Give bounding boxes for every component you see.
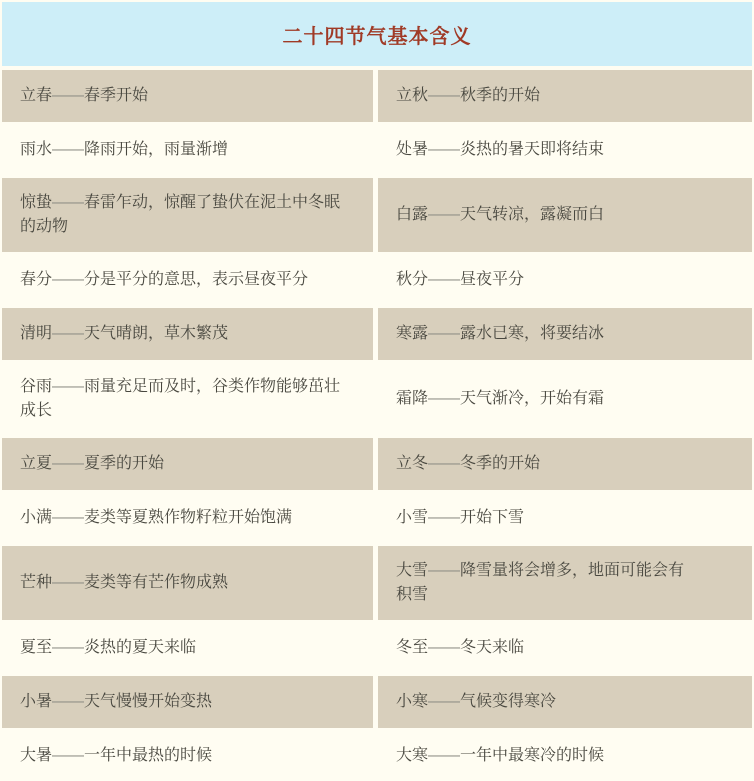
dash-separator: —— (52, 378, 84, 395)
term-cell-dahan: 大寒——一年中最寒冷的时候 (378, 730, 752, 781)
term-cell-bailu: 白露——天气转凉，露凝而白 (378, 178, 752, 252)
dash-separator: —— (428, 87, 460, 104)
term-cell-dashu: 大暑——一年中最热的时候 (2, 730, 373, 781)
term-name: 立冬 (396, 455, 428, 472)
term-cell-xiaoshu: 小暑——天气慢慢开始变热 (2, 676, 373, 728)
dash-separator: —— (52, 509, 84, 526)
dash-separator: —— (428, 639, 460, 656)
term-name: 夏至 (20, 639, 52, 656)
dash-separator: —— (52, 194, 84, 211)
term-name: 惊蛰 (20, 194, 52, 211)
term-text: 立春——春季开始 (20, 84, 148, 108)
term-meaning: 降雨开始，雨量渐增 (84, 141, 228, 158)
term-cell-hanlu: 寒露——露水已寒，将要结冰 (378, 308, 752, 360)
term-name: 大寒 (396, 747, 428, 764)
term-text: 冬至——冬天来临 (396, 636, 524, 660)
term-text: 清明——天气晴朗，草木繁茂 (20, 322, 228, 346)
term-meaning: 气候变得寒冷 (460, 693, 556, 710)
term-meaning: 一年中最热的时候 (84, 747, 212, 764)
term-text: 夏至——炎热的夏天来临 (20, 636, 196, 660)
term-name: 立秋 (396, 87, 428, 104)
term-text: 谷雨——雨量充足而及时，谷类作物能够茁壮成长 (20, 375, 350, 423)
dash-separator: —— (428, 206, 460, 223)
term-name: 霜降 (396, 390, 428, 407)
table-title-bar: 二十四节气基本含义 (2, 2, 752, 66)
dash-separator: —— (428, 141, 460, 158)
term-meaning: 冬天来临 (460, 639, 524, 656)
term-name: 清明 (20, 325, 52, 342)
term-name: 大暑 (20, 747, 52, 764)
term-meaning: 天气慢慢开始变热 (84, 693, 212, 710)
term-name: 大雪 (396, 562, 428, 579)
term-meaning: 天气转凉，露凝而白 (460, 206, 604, 223)
term-name: 立春 (20, 87, 52, 104)
term-cell-lixia: 立夏——夏季的开始 (2, 438, 373, 490)
term-text: 小寒——气候变得寒冷 (396, 690, 556, 714)
term-cell-qiufen: 秋分——昼夜平分 (378, 254, 752, 306)
dash-separator: —— (428, 747, 460, 764)
term-cell-dongzhi: 冬至——冬天来临 (378, 622, 752, 674)
dash-separator: —— (428, 271, 460, 288)
solar-terms-page: 二十四节气基本含义 立春——春季开始 立秋——秋季的开始 雨水——降雨开始，雨量… (0, 0, 754, 781)
term-meaning: 一年中最寒冷的时候 (460, 747, 604, 764)
dash-separator: —— (52, 455, 84, 472)
dash-separator: —— (428, 509, 460, 526)
term-cell-xiaoxue: 小雪——开始下雪 (378, 492, 752, 544)
term-meaning: 昼夜平分 (460, 271, 524, 288)
dash-separator: —— (52, 87, 84, 104)
term-cell-jingzhe: 惊蛰——春雷乍动，惊醒了蛰伏在泥土中冬眠的动物 (2, 178, 373, 252)
dash-separator: —— (52, 574, 84, 591)
term-cell-xiazhi: 夏至——炎热的夏天来临 (2, 622, 373, 674)
term-name: 寒露 (396, 325, 428, 342)
dash-separator: —— (428, 562, 460, 579)
term-text: 立夏——夏季的开始 (20, 452, 164, 476)
term-meaning: 分是平分的意思，表示昼夜平分 (84, 271, 308, 288)
term-text: 处暑——炎热的暑天即将结束 (396, 138, 604, 162)
term-meaning: 冬季的开始 (460, 455, 540, 472)
term-text: 小雪——开始下雪 (396, 506, 524, 530)
term-name: 白露 (396, 206, 428, 223)
term-meaning: 麦类等有芒作物成熟 (84, 574, 228, 591)
term-cell-mangzhong: 芒种——麦类等有芒作物成熟 (2, 546, 373, 620)
term-meaning: 春季开始 (84, 87, 148, 104)
term-name: 冬至 (396, 639, 428, 656)
dash-separator: —— (52, 747, 84, 764)
term-text: 惊蛰——春雷乍动，惊醒了蛰伏在泥土中冬眠的动物 (20, 191, 350, 239)
term-meaning: 开始下雪 (460, 509, 524, 526)
term-name: 芒种 (20, 574, 52, 591)
term-meaning: 天气渐冷，开始有霜 (460, 390, 604, 407)
dash-separator: —— (52, 271, 84, 288)
term-cell-qingming: 清明——天气晴朗，草木繁茂 (2, 308, 373, 360)
term-cell-guyu: 谷雨——雨量充足而及时，谷类作物能够茁壮成长 (2, 362, 373, 436)
dash-separator: —— (428, 693, 460, 710)
term-name: 春分 (20, 271, 52, 288)
term-name: 小雪 (396, 509, 428, 526)
term-text: 白露——天气转凉，露凝而白 (396, 203, 604, 227)
term-name: 谷雨 (20, 378, 52, 395)
dash-separator: —— (52, 141, 84, 158)
term-cell-lichun: 立春——春季开始 (2, 70, 373, 122)
term-text: 大寒——一年中最寒冷的时候 (396, 744, 604, 768)
term-cell-xiaohan: 小寒——气候变得寒冷 (378, 676, 752, 728)
term-name: 秋分 (396, 271, 428, 288)
term-name: 处暑 (396, 141, 428, 158)
term-cell-daxue: 大雪——降雪量将会增多，地面可能会有积雪 (378, 546, 752, 620)
solar-terms-table: 立春——春季开始 立秋——秋季的开始 雨水——降雨开始，雨量渐增 处暑——炎热的… (2, 70, 752, 781)
term-meaning: 秋季的开始 (460, 87, 540, 104)
term-name: 小暑 (20, 693, 52, 710)
term-text: 秋分——昼夜平分 (396, 268, 524, 292)
dash-separator: —— (52, 325, 84, 342)
term-text: 春分——分是平分的意思，表示昼夜平分 (20, 268, 308, 292)
term-meaning: 夏季的开始 (84, 455, 164, 472)
term-name: 小寒 (396, 693, 428, 710)
term-text: 大雪——降雪量将会增多，地面可能会有积雪 (396, 559, 699, 607)
term-name: 小满 (20, 509, 52, 526)
term-name: 雨水 (20, 141, 52, 158)
dash-separator: —— (52, 693, 84, 710)
dash-separator: —— (52, 639, 84, 656)
term-meaning: 炎热的夏天来临 (84, 639, 196, 656)
term-text: 立秋——秋季的开始 (396, 84, 540, 108)
term-cell-yushui: 雨水——降雨开始，雨量渐增 (2, 124, 373, 176)
term-text: 芒种——麦类等有芒作物成熟 (20, 571, 228, 595)
term-cell-xiaoman: 小满——麦类等夏熟作物籽粒开始饱满 (2, 492, 373, 544)
term-cell-lidong: 立冬——冬季的开始 (378, 438, 752, 490)
term-cell-chunfen: 春分——分是平分的意思，表示昼夜平分 (2, 254, 373, 306)
dash-separator: —— (428, 455, 460, 472)
term-text: 大暑——一年中最热的时候 (20, 744, 212, 768)
term-meaning: 天气晴朗，草木繁茂 (84, 325, 228, 342)
term-meaning: 麦类等夏熟作物籽粒开始饱满 (84, 509, 292, 526)
term-name: 立夏 (20, 455, 52, 472)
term-text: 立冬——冬季的开始 (396, 452, 540, 476)
page-title: 二十四节气基本含义 (283, 20, 472, 49)
dash-separator: —— (428, 390, 460, 407)
term-cell-shuangjiang: 霜降——天气渐冷，开始有霜 (378, 362, 752, 436)
term-meaning: 露水已寒，将要结冰 (460, 325, 604, 342)
term-text: 雨水——降雨开始，雨量渐增 (20, 138, 228, 162)
dash-separator: —— (428, 325, 460, 342)
term-meaning: 炎热的暑天即将结束 (460, 141, 604, 158)
term-text: 寒露——露水已寒，将要结冰 (396, 322, 604, 346)
term-text: 霜降——天气渐冷，开始有霜 (396, 387, 604, 411)
term-text: 小暑——天气慢慢开始变热 (20, 690, 212, 714)
term-text: 小满——麦类等夏熟作物籽粒开始饱满 (20, 506, 292, 530)
term-cell-chushu: 处暑——炎热的暑天即将结束 (378, 124, 752, 176)
term-cell-liqiu: 立秋——秋季的开始 (378, 70, 752, 122)
